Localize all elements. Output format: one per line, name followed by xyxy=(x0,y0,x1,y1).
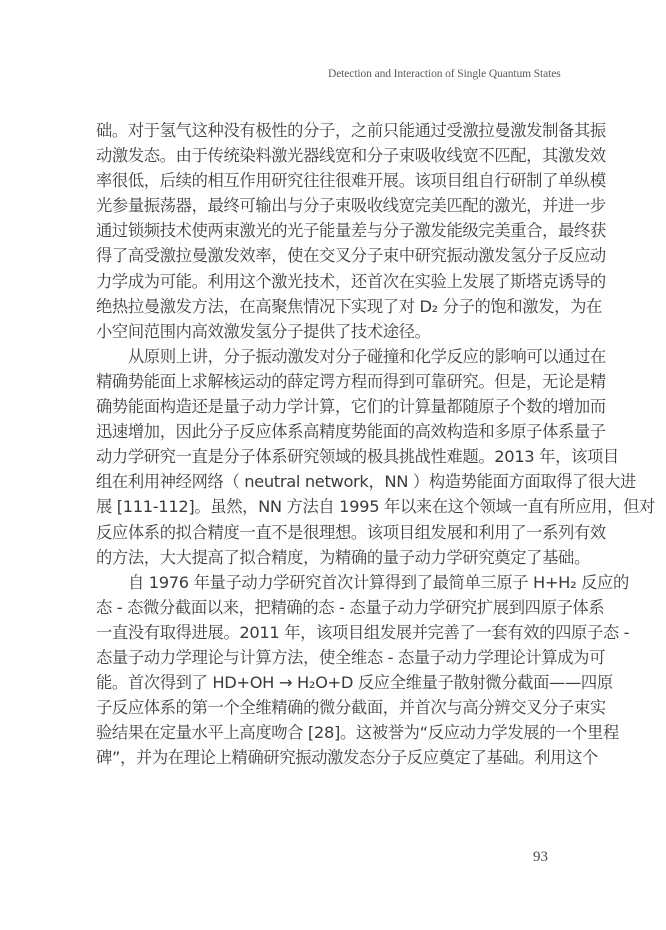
text-line: 组在利用神经网络（ neutral network，NN ）构造势能面方面取得了… xyxy=(96,469,584,494)
text-line: 率很低，后续的相互作用研究往往很难开展。该项目组自行研制了单纵模 xyxy=(96,168,584,193)
paragraph: 础。对于氢气这种没有极性的分子，之前只能通过受激拉曼激发制备其振 动激发态。由于… xyxy=(96,118,584,344)
text-line: 精确势能面上求解核运动的薛定谔方程而得到可靠研究。但是，无论是精 xyxy=(96,369,584,394)
page-number: 93 xyxy=(533,849,548,866)
text-line: 力学成为可能。利用这个激光技术，还首次在实验上发展了斯塔克诱导的 xyxy=(96,269,584,294)
text-line: 绝热拉曼激发方法，在高聚焦情况下实现了对 D₂ 分子的饱和激发，为在 xyxy=(96,294,584,319)
text-line: 得了高受激拉曼激发效率，使在交叉分子束中研究振动激发氢分子反应动 xyxy=(96,243,584,268)
text-line: 态 - 态微分截面以来，把精确的态 - 态量子动力学研究扩展到四原子体系 xyxy=(96,595,584,620)
text-line: 碑”，并为在理论上精确研究振动激发态分子反应奠定了基础。利用这个 xyxy=(96,745,584,770)
text-line: 自 1976 年量子动力学研究首次计算得到了最简单三原子 H+H₂ 反应的 xyxy=(96,570,584,595)
text-line: 小空间范围内高效激发氢分子提供了技术途径。 xyxy=(96,319,584,344)
text-line: 的方法，大大提高了拟合精度，为精确的量子动力学研究奠定了基础。 xyxy=(96,545,584,570)
text-line: 展 [111-112]。虽然，NN 方法自 1995 年以来在这个领域一直有所应… xyxy=(96,494,584,519)
text-line: 能。首次得到了 HD+OH → H₂O+D 反应全维量子散射微分截面——四原 xyxy=(96,670,584,695)
text-line: 迅速增加，因此分子反应体系高精度势能面的高效构造和多原子体系量子 xyxy=(96,419,584,444)
text-line: 子反应体系的第一个全维精确的微分截面，并首次与高分辨交叉分子束实 xyxy=(96,695,584,720)
text-line: 确势能面构造还是量子动力学计算，它们的计算量都随原子个数的增加而 xyxy=(96,394,584,419)
text-line: 验结果在定量水平上高度吻合 [28]。这被誉为“反应动力学发展的一个里程 xyxy=(96,720,584,745)
paragraph: 自 1976 年量子动力学研究首次计算得到了最简单三原子 H+H₂ 反应的 态 … xyxy=(96,570,584,771)
text-line: 动激发态。由于传统染料激光器线宽和分子束吸收线宽不匹配，其激发效 xyxy=(96,143,584,168)
body-text: 础。对于氢气这种没有极性的分子，之前只能通过受激拉曼激发制备其振 动激发态。由于… xyxy=(96,118,584,770)
paragraph: 从原则上讲，分子振动激发对分子碰撞和化学反应的影响可以通过在 精确势能面上求解核… xyxy=(96,344,584,570)
document-page: Detection and Interaction of Single Quan… xyxy=(0,0,666,930)
text-line: 通过锁频技术使两束激光的光子能量差与分子激发能级完美重合，最终获 xyxy=(96,218,584,243)
running-header: Detection and Interaction of Single Quan… xyxy=(328,68,558,80)
text-line: 反应体系的拟合精度一直不是很理想。该项目组发展和利用了一系列有效 xyxy=(96,520,584,545)
text-line: 一直没有取得进展。2011 年，该项目组发展并完善了一套有效的四原子态 - xyxy=(96,620,584,645)
text-line: 动力学研究一直是分子体系研究领域的极具挑战性难题。2013 年，该项目 xyxy=(96,444,584,469)
text-line: 态量子动力学理论与计算方法，使全维态 - 态量子动力学理论计算成为可 xyxy=(96,645,584,670)
text-line: 础。对于氢气这种没有极性的分子，之前只能通过受激拉曼激发制备其振 xyxy=(96,118,584,143)
text-line: 从原则上讲，分子振动激发对分子碰撞和化学反应的影响可以通过在 xyxy=(96,344,584,369)
text-line: 光参量振荡器，最终可输出与分子束吸收线宽完美匹配的激光，并进一步 xyxy=(96,193,584,218)
